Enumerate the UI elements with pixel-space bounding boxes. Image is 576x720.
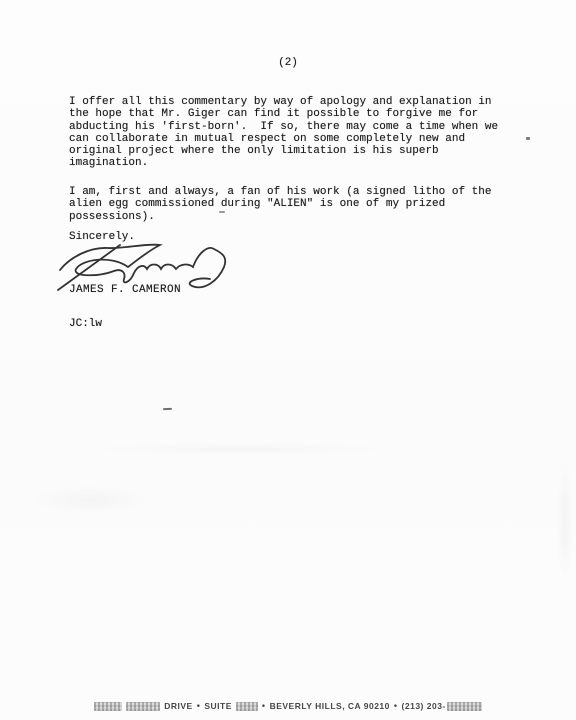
scan-artifact-dash (163, 408, 172, 410)
redacted-phone-digits (447, 702, 482, 711)
redacted-street-number (94, 702, 122, 711)
scan-artifact-smudge (30, 485, 150, 515)
letter-paragraph-2: I am, first and always, a fan of his wor… (69, 186, 529, 223)
typist-initials: JC:lw (69, 318, 102, 330)
page-number: (2) (0, 57, 576, 69)
footer-phone-label: (213) 203- (402, 701, 446, 711)
scan-artifact-smudge (556, 460, 574, 580)
footer-drive-label: DRIVE (164, 701, 192, 711)
scan-artifact-smudge (90, 442, 390, 456)
redacted-suite-number (236, 702, 258, 711)
letterhead-footer: DRIVE • SUITE • BEVERLY HILLS, CA 90210 … (0, 701, 576, 711)
bullet-separator-icon: • (197, 701, 201, 711)
footer-suite-label: SUITE (204, 701, 232, 711)
signer-name: JAMES F. CAMERON (69, 284, 181, 296)
bullet-separator-icon: • (394, 701, 398, 711)
letter-paragraph-1: I offer all this commentary by way of ap… (69, 96, 529, 170)
scanned-letter-page: (2) I offer all this commentary by way o… (0, 0, 576, 720)
bullet-separator-icon: • (262, 701, 266, 711)
footer-city-label: BEVERLY HILLS, CA 90210 (270, 701, 390, 711)
redacted-street-name (126, 702, 160, 711)
